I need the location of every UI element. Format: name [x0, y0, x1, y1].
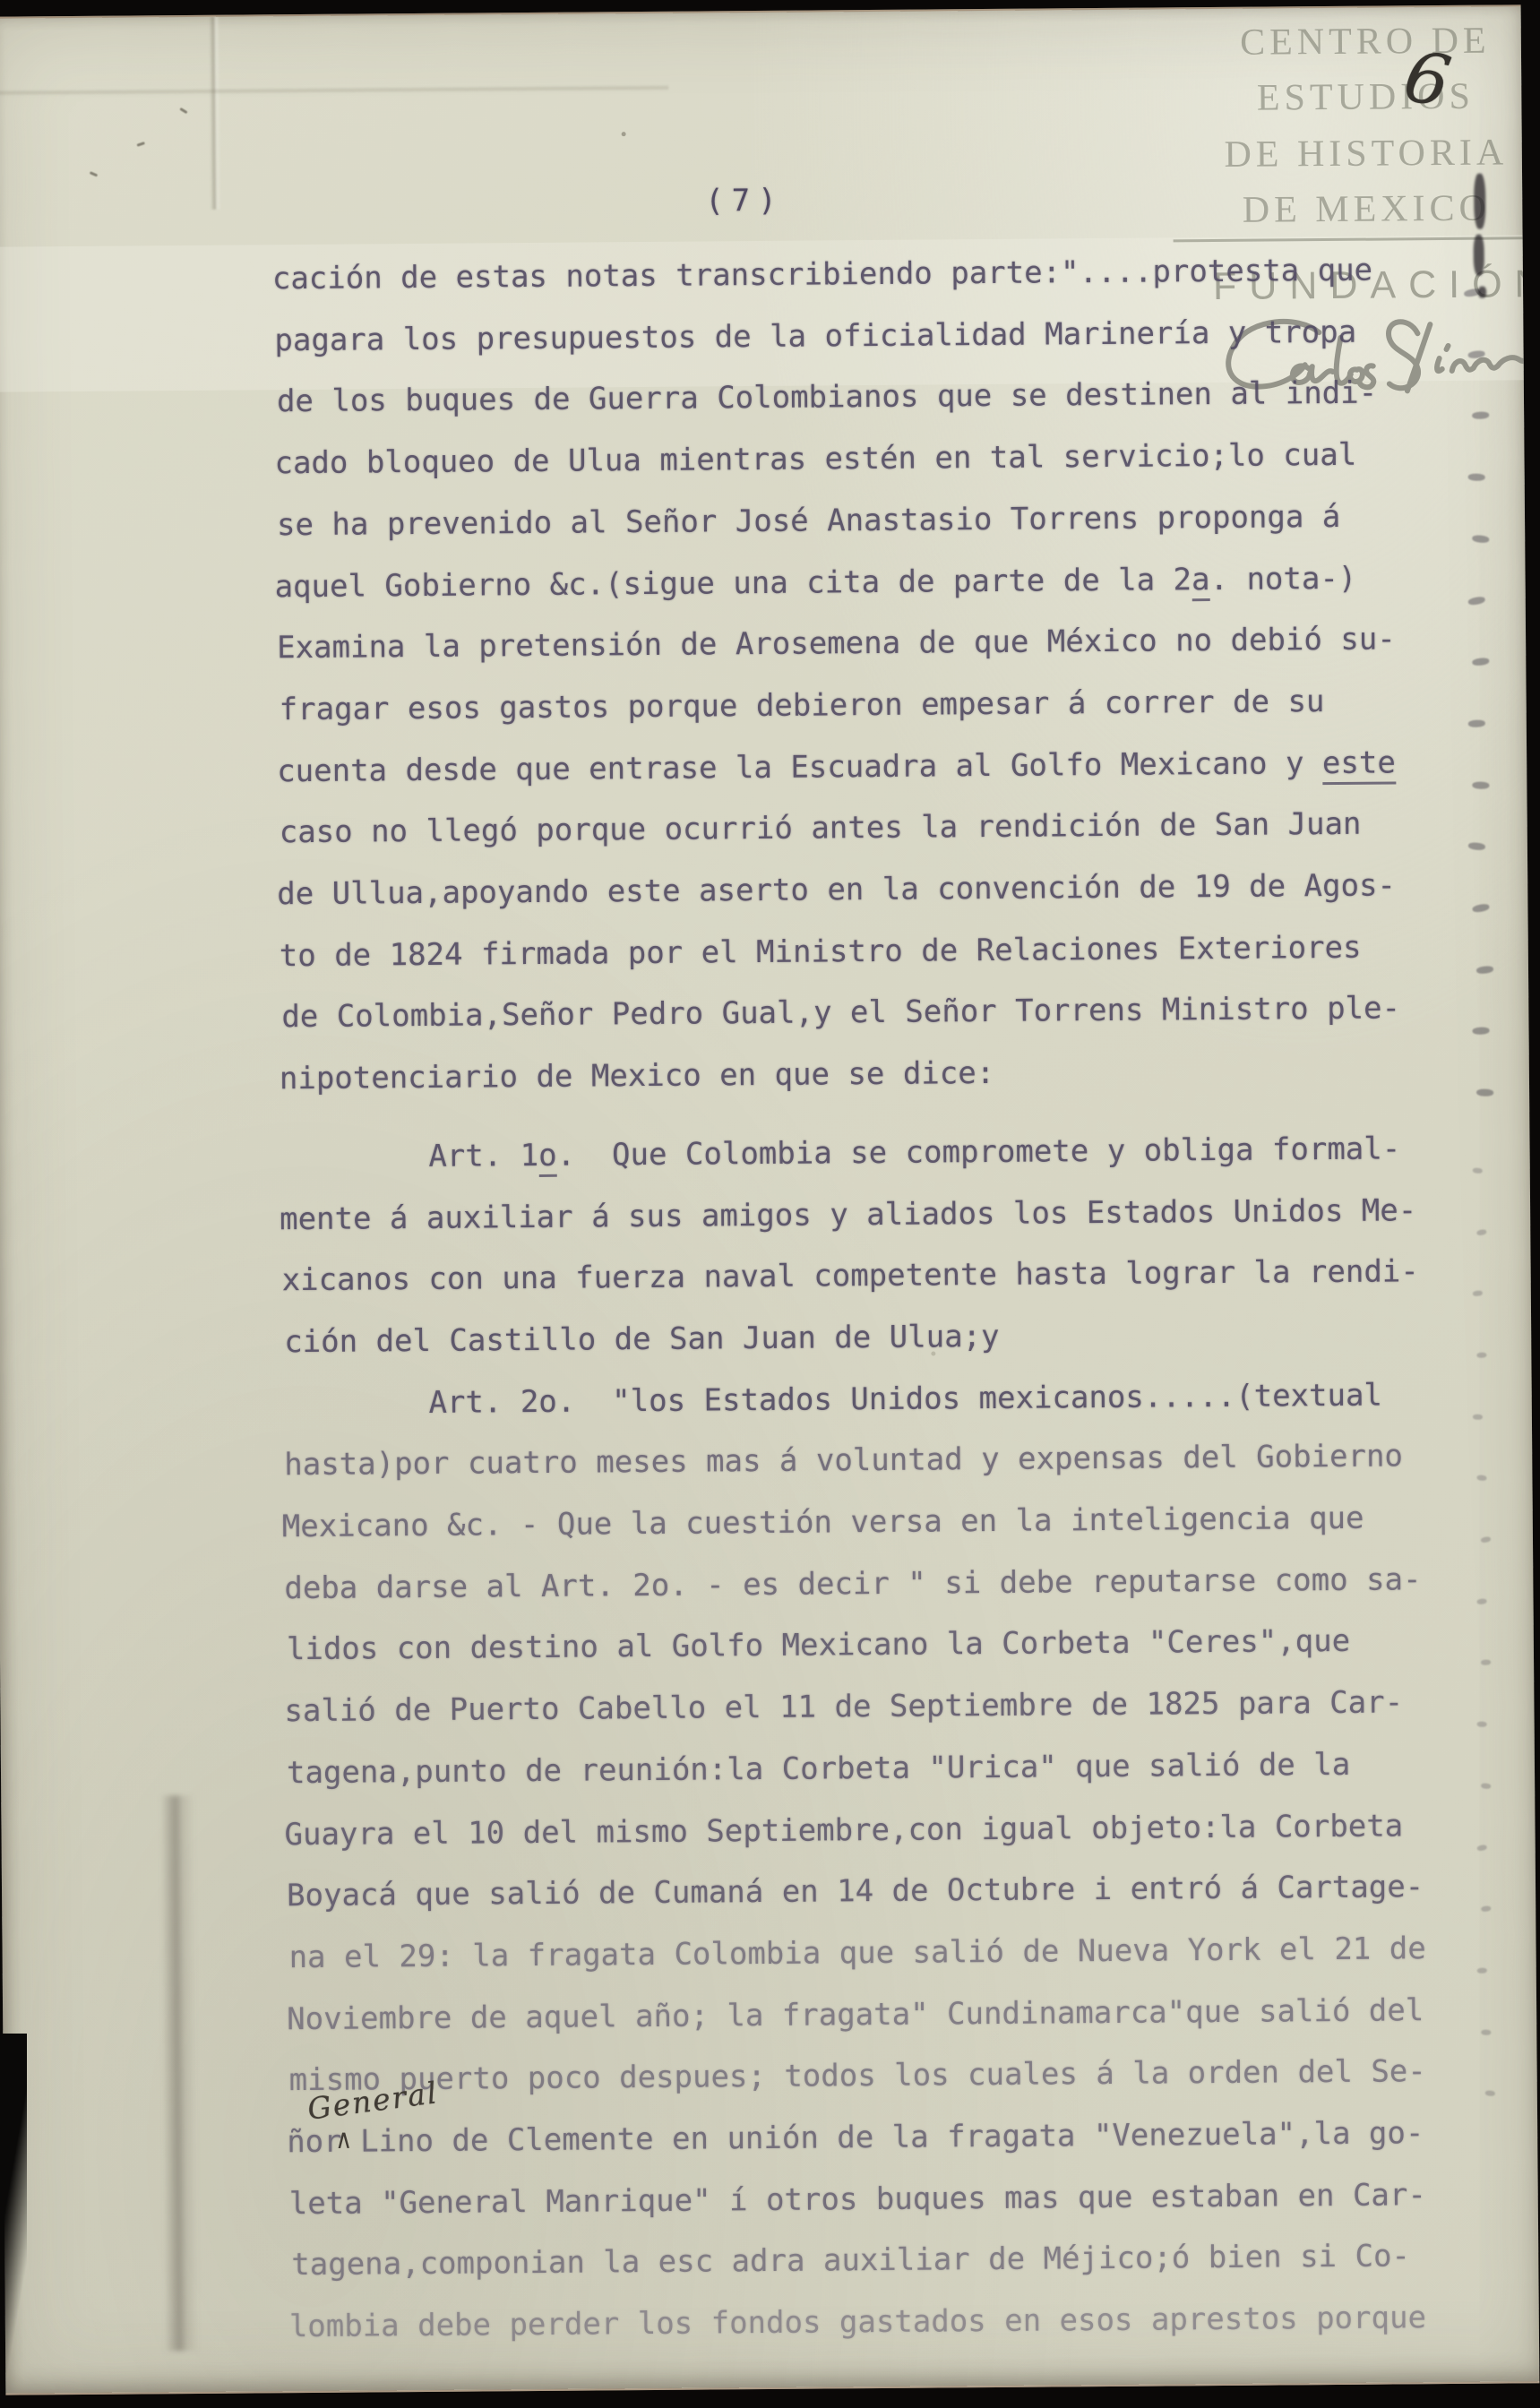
typed-line: Mexicano &c. - Que la cuestión versa en …: [282, 1503, 1364, 1542]
watermark-line-1: CENTRO DE: [1199, 19, 1532, 64]
ink-offset-mark: [1481, 1660, 1491, 1665]
ink-offset-mark: [1476, 1228, 1487, 1235]
typed-line: salió de Puerto Cabello el 11 de Septiem…: [284, 1688, 1403, 1727]
typed-line: ción del Castillo de San Juan de Ulua;y: [284, 1321, 1000, 1357]
left-fold-shadow: [160, 1795, 199, 2351]
ink-offset-mark: [1485, 2090, 1496, 2096]
ink-offset-mark: [1473, 1167, 1484, 1174]
ink-offset-mark: [1476, 1089, 1493, 1097]
typed-line: Art. 1o. Que Colombia se compromete y ob…: [281, 1133, 1400, 1173]
typed-line: deba darse al Art. 2o. - es decir " si d…: [284, 1564, 1421, 1604]
ink-offset-mark: [1476, 965, 1494, 974]
typed-line: pagara los presupuestos de la oficialida…: [274, 316, 1356, 355]
ink-offset-mark: [1476, 1352, 1486, 1357]
ink-offset-mark: [1468, 474, 1485, 482]
ink-blob: [1478, 287, 1486, 298]
watermark-line-3: DE HISTORIA: [1200, 131, 1533, 176]
ink-offset-mark: [1476, 1475, 1487, 1481]
typed-line: xicanos con una fuerza naval competente …: [282, 1256, 1419, 1295]
typed-line: Examina la pretensión de Arosemena de qu…: [277, 624, 1396, 664]
typed-line: cado bloqueo de Ulua mientras estén en t…: [274, 440, 1356, 478]
page-edge-shadow: [0, 2034, 27, 2392]
ink-offset-mark: [1472, 781, 1489, 789]
ink-offset-mark: [1477, 1722, 1487, 1727]
typed-line: cuenta desde que entrase la Escuadra al …: [277, 747, 1396, 787]
typewritten-text: cación de estas notas transcribiendo par…: [0, 6, 1521, 18]
ink-offset-mark: [1481, 1783, 1492, 1789]
typed-line: ñor Lino de Clemente en unión de la frag…: [287, 2118, 1424, 2157]
typed-line: Boyacá que salió de Cumaná en 14 de Octu…: [287, 1871, 1424, 1911]
vertical-crease: [202, 17, 228, 210]
ink-offset-mark: [1468, 719, 1485, 727]
typed-line: hasta)por cuatro meses mas á voluntad y …: [284, 1441, 1403, 1481]
ink-offset-mark: [1472, 1028, 1489, 1036]
typed-line: de Colombia,Señor Pedro Gual,y el Señor …: [281, 993, 1400, 1033]
watermark-line-2: ESTUDIOS: [1199, 74, 1532, 120]
typed-line: lombia debe perder los fondos gastados e…: [289, 2302, 1426, 2342]
typed-line: aquel Gobierno &c.(sigue una cita de par…: [274, 563, 1356, 601]
paper: CENTRO DE ESTUDIOS DE HISTORIA DE MEXICO…: [0, 4, 1539, 2395]
typed-line: tagena,componian la esc adra auxiliar de…: [291, 2241, 1410, 2281]
horizontal-crease: [0, 78, 668, 103]
ink-offset-mark: [1481, 1905, 1492, 1912]
typed-line: se ha prevenido al Señor José Anastasio …: [277, 502, 1340, 540]
typed-line: na el 29: la fragata Colombia que salió …: [288, 1933, 1425, 1973]
ink-offset-mark: [1481, 2029, 1491, 2034]
ink-offset-mark: [1476, 1844, 1487, 1851]
typed-line: leta "General Manrique" í otros buques m…: [289, 2180, 1426, 2219]
ink-offset-mark: [1473, 1414, 1483, 1419]
ink-offset-mark: [1477, 1967, 1487, 1973]
ink-offset-mark: [1481, 1536, 1492, 1544]
ink-offset-mark: [1473, 1290, 1484, 1296]
typed-line: Guayra el 10 del mismo Septiembre,con ig…: [284, 1810, 1403, 1850]
typed-line: to de 1824 firmada por el Ministro de Re…: [280, 932, 1362, 970]
typed-line: mismo puerto poco despues; todos los cua…: [289, 2057, 1426, 2096]
typed-line: nipotenciario de Mexico en que se dice:: [280, 1058, 995, 1094]
ink-offset-mark: [1476, 1598, 1487, 1604]
ink-blob: [1474, 174, 1485, 229]
scanned-archive-photo: { "page": { "page_number": "(7)", "folio…: [0, 0, 1540, 2408]
ink-offset-mark: [1468, 842, 1486, 851]
ink-offset-mark: [1472, 658, 1490, 666]
typed-line: lidos con destino al Golfo Mexicano la C…: [287, 1626, 1350, 1664]
page-number: (7): [705, 183, 785, 219]
paper-nick: [90, 171, 98, 176]
typed-line: Art. 2o. "los Estados Unidos mexicanos..…: [282, 1380, 1382, 1419]
speck: [622, 132, 626, 136]
margin-marks: [0, 6, 1521, 18]
typed-line: de los buques de Guerra Colombianos que …: [277, 378, 1377, 417]
typed-line: cación de estas notas transcribiendo par…: [272, 255, 1372, 295]
ink-offset-mark: [1467, 596, 1485, 606]
ink-offset-mark: [1472, 535, 1490, 544]
typed-line: caso no llegó porque ocurrió antes la re…: [280, 809, 1362, 847]
insertion-caret: ∧: [335, 2124, 352, 2155]
typed-line: tagena,punto de reunión:la Corbeta "Uric…: [287, 1750, 1350, 1788]
ink-offset-mark: [1472, 412, 1489, 420]
typed-line: fragar esos gastos porque debieron empes…: [280, 686, 1325, 725]
typed-line: mente á auxiliar á sus amigos y aliados …: [280, 1195, 1416, 1234]
paper-nick: [136, 142, 144, 147]
typed-line: Noviembre de aquel año; la fragata" Cund…: [287, 1995, 1424, 2034]
ink-offset-mark: [1472, 903, 1490, 913]
typed-line: de Ullua,apoyando este aserto en la conv…: [277, 870, 1396, 909]
paper-nick: [179, 107, 187, 114]
ink-blob: [1474, 235, 1484, 276]
